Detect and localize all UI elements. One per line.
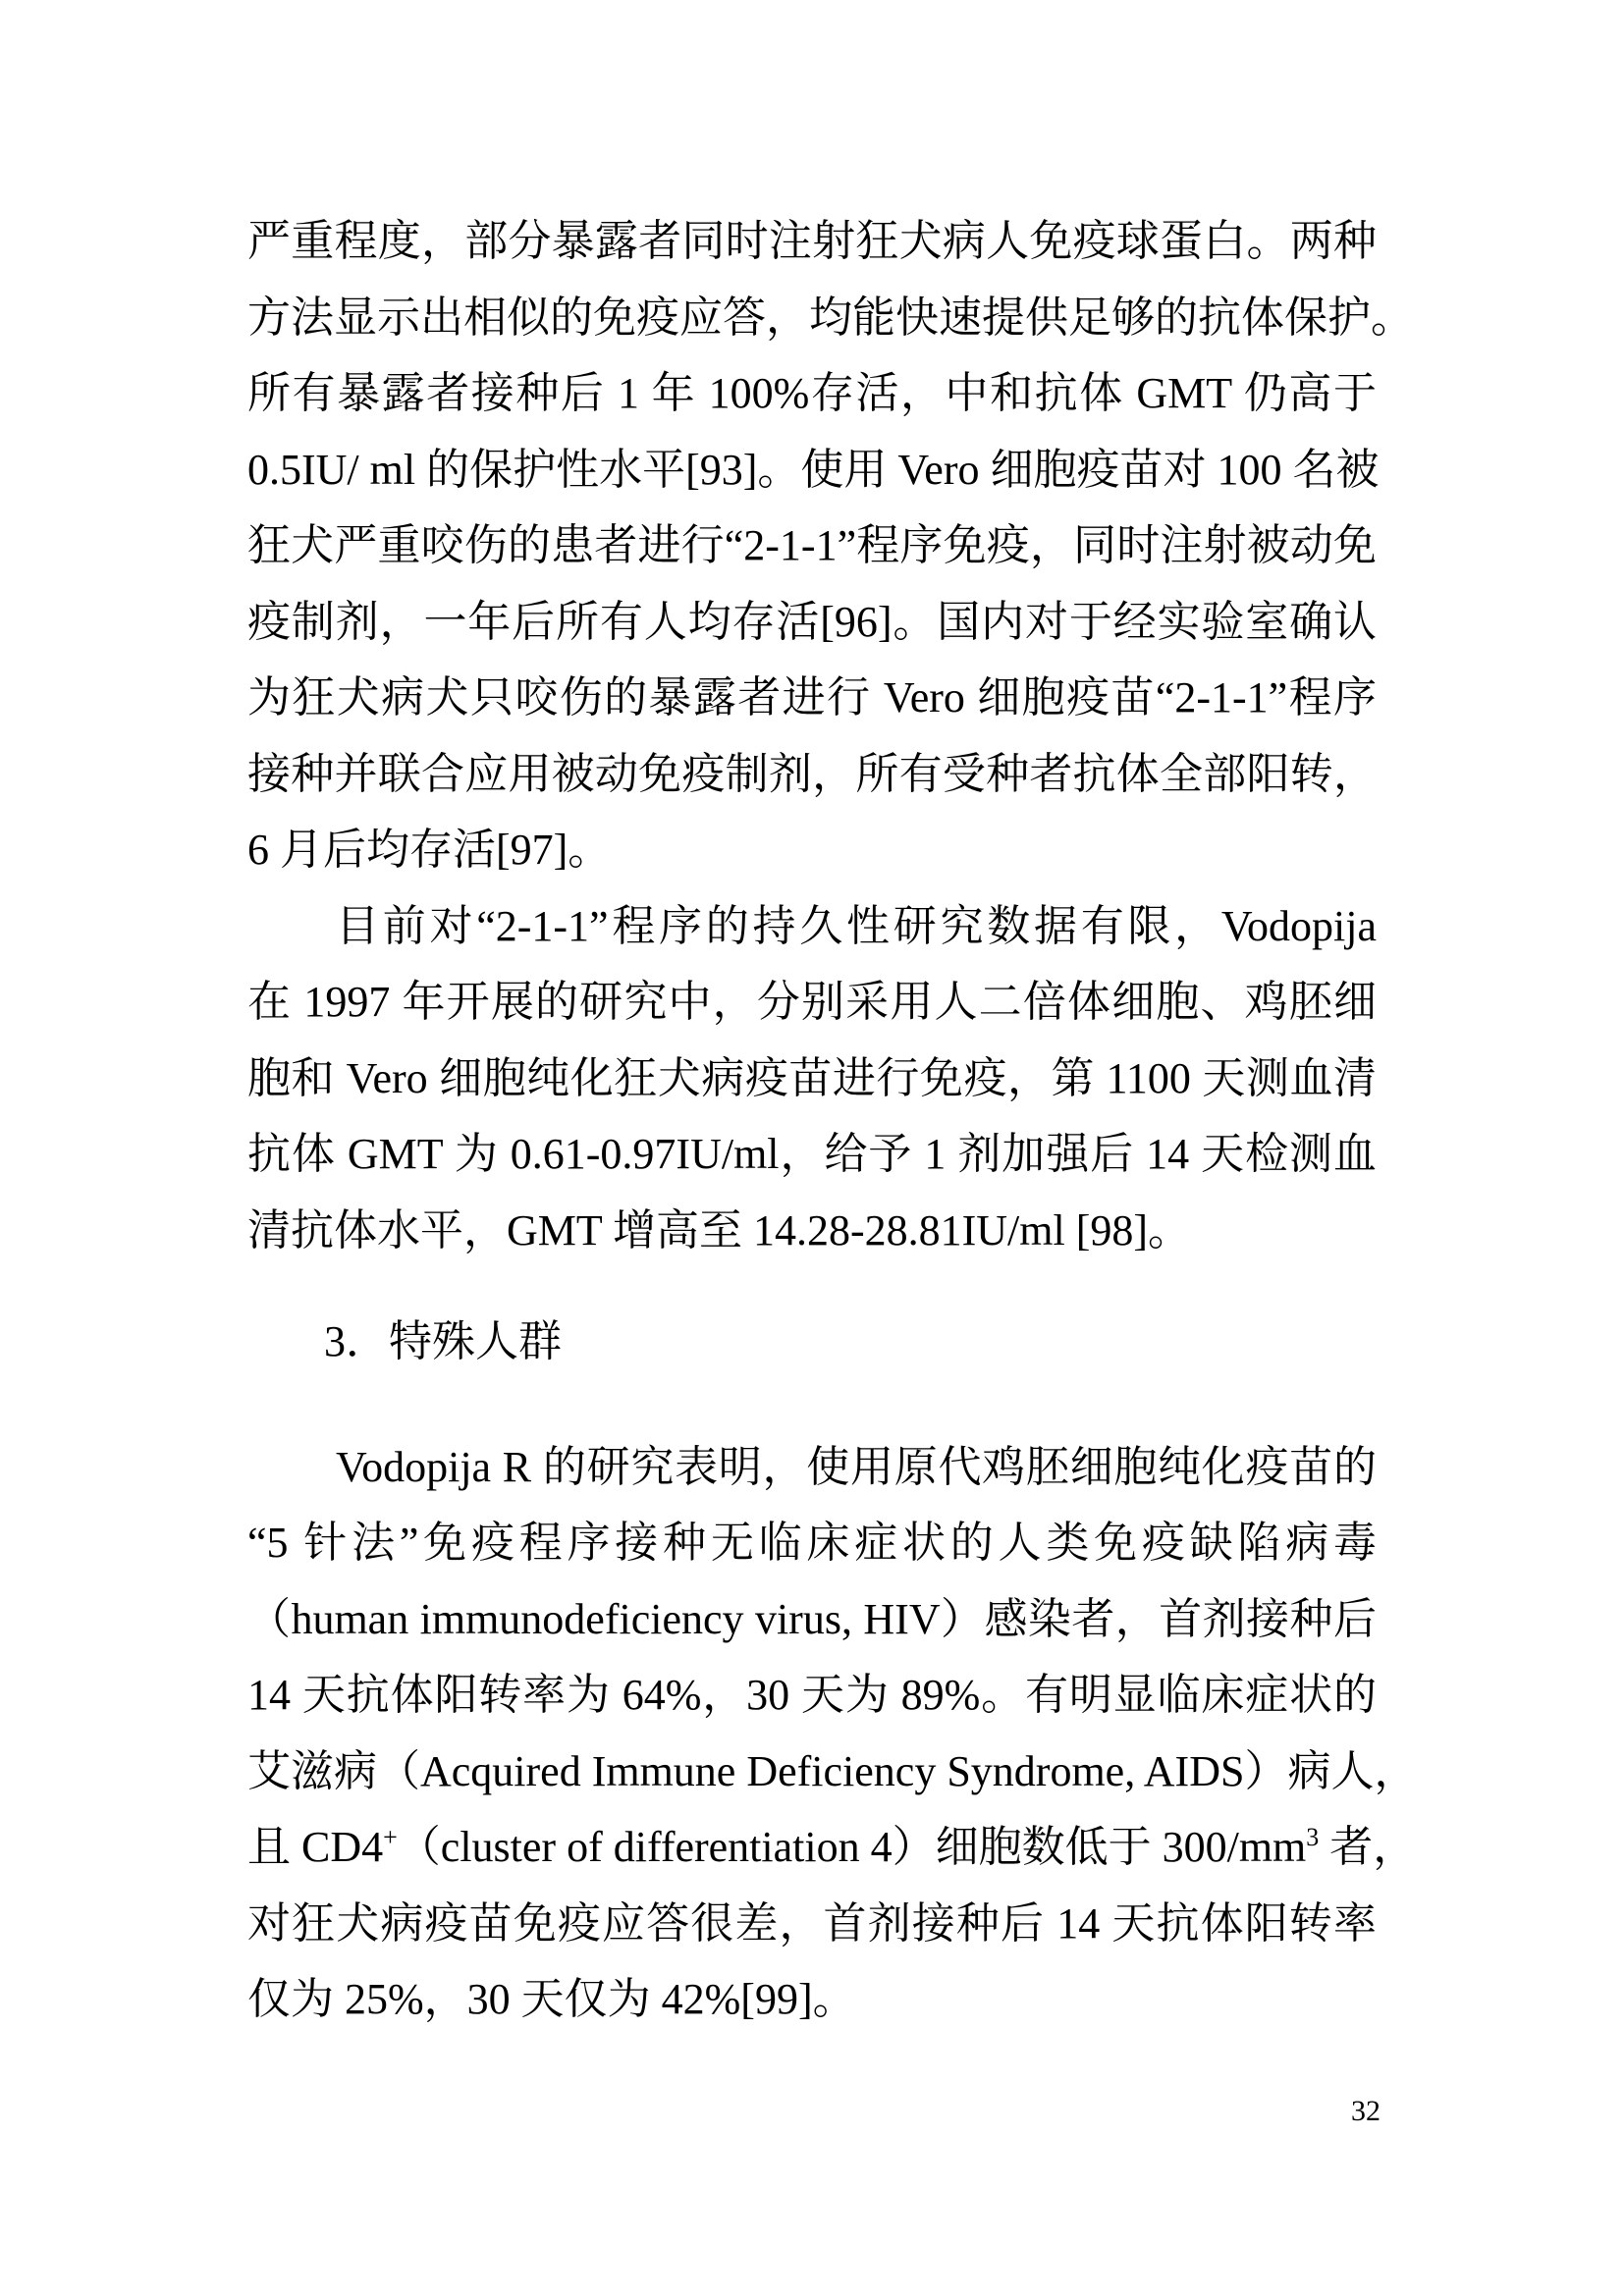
text-segment: （human immunodeficiency virus, HIV）感染者，首… — [247, 1595, 1377, 1643]
section-heading: 3．特殊人群 — [247, 1304, 1377, 1380]
text-segment: “5 针法”免疫程序接种无临床症状的人类免疫缺陷病毒 — [247, 1519, 1377, 1567]
text-segment: Vodopija R 的研究表明，使用原代鸡胚细胞纯化疫苗的 — [336, 1443, 1377, 1491]
text-segment: 接种并联合应用被动免疫制剂，所有受种者抗体全部阳转， — [247, 750, 1377, 798]
text-line: 方法显示出相似的免疫应答，均能快速提供足够的抗体保护。 — [247, 280, 1377, 356]
text-line: Vodopija R 的研究表明，使用原代鸡胚细胞纯化疫苗的 — [247, 1429, 1377, 1506]
text-segment: 胞和 Vero 细胞纯化狂犬病疫苗进行免疫，第 1100 天测血清 — [247, 1054, 1377, 1102]
text-line: 艾滋病（Acquired Immune Deficiency Syndrome,… — [247, 1734, 1377, 1810]
text-segment: 所有暴露者接种后 1 年 100%存活，中和抗体 GMT 仍高于 — [247, 369, 1377, 417]
text-segment: 且 CD4 — [247, 1823, 383, 1871]
text-line: 且 CD4+（cluster of differentiation 4）细胞数低… — [247, 1809, 1377, 1886]
text-segment: 者， — [1319, 1823, 1416, 1871]
text-segment: 仅为 25%，30 天仅为 42%[99]。 — [247, 1975, 856, 2023]
text-segment: 目前对“2-1-1”程序的持久性研究数据有限，Vodopija — [336, 902, 1377, 950]
text-line: 严重程度，部分暴露者同时注射狂犬病人免疫球蛋白。两种 — [247, 203, 1377, 280]
text-segment: 3．特殊人群 — [324, 1317, 562, 1365]
text-line: 接种并联合应用被动免疫制剂，所有受种者抗体全部阳转， — [247, 736, 1377, 813]
text-line: 狂犬严重咬伤的患者进行“2-1-1”程序免疫，同时注射被动免 — [247, 507, 1377, 584]
text-segment: 艾滋病（Acquired Immune Deficiency Syndrome,… — [247, 1747, 1417, 1795]
text-segment: 方法显示出相似的免疫应答，均能快速提供足够的抗体保护。 — [247, 294, 1414, 342]
text-line: 0.5IU/ ml 的保护性水平[93]。使用 Vero 细胞疫苗对 100 名… — [247, 432, 1377, 508]
text-segment: 疫制剂，一年后所有人均存活[96]。国内对于经实验室确认 — [247, 598, 1377, 646]
text-line: 在 1997 年开展的研究中，分别采用人二倍体细胞、鸡胚细 — [247, 964, 1377, 1041]
text-line: 6 月后均存活[97]。 — [247, 812, 1377, 888]
text-segment: 为狂犬病犬只咬伤的暴露者进行 Vero 细胞疫苗“2-1-1”程序 — [247, 673, 1377, 721]
text-line: 抗体 GMT 为 0.61-0.97IU/ml，给予 1 剂加强后 14 天检测… — [247, 1116, 1377, 1193]
text-line: “5 针法”免疫程序接种无临床症状的人类免疫缺陷病毒 — [247, 1505, 1377, 1581]
text-block: 严重程度，部分暴露者同时注射狂犬病人免疫球蛋白。两种方法显示出相似的免疫应答，均… — [247, 203, 1377, 2038]
text-line: 疫制剂，一年后所有人均存活[96]。国内对于经实验室确认 — [247, 584, 1377, 661]
text-segment: 对狂犬病疫苗免疫应答很差，首剂接种后 14 天抗体阳转率 — [247, 1899, 1377, 1948]
text-segment: 0.5IU/ ml 的保护性水平[93]。使用 Vero 细胞疫苗对 100 名… — [247, 446, 1380, 494]
page-number: 32 — [1351, 2095, 1380, 2128]
superscript: + — [383, 1823, 398, 1851]
text-segment: 清抗体水平，GMT 增高至 14.28-28.81IU/ml [98]。 — [247, 1206, 1191, 1255]
text-line: 所有暴露者接种后 1 年 100%存活，中和抗体 GMT 仍高于 — [247, 355, 1377, 432]
text-line: 目前对“2-1-1”程序的持久性研究数据有限，Vodopija — [247, 888, 1377, 965]
text-segment: 在 1997 年开展的研究中，分别采用人二倍体细胞、鸡胚细 — [247, 978, 1377, 1026]
text-segment: 严重程度，部分暴露者同时注射狂犬病人免疫球蛋白。两种 — [247, 217, 1377, 265]
text-segment: 6 月后均存活[97]。 — [247, 826, 611, 874]
superscript: 3 — [1306, 1823, 1319, 1851]
text-segment: （cluster of differentiation 4）细胞数低于 300/… — [398, 1823, 1306, 1871]
text-line: 清抗体水平，GMT 增高至 14.28-28.81IU/ml [98]。 — [247, 1193, 1377, 1269]
text-segment: 狂犬严重咬伤的患者进行“2-1-1”程序免疫，同时注射被动免 — [247, 521, 1377, 569]
text-segment: 14 天抗体阳转率为 64%，30 天为 89%。有明显临床症状的 — [247, 1671, 1377, 1719]
text-line: 胞和 Vero 细胞纯化狂犬病疫苗进行免疫，第 1100 天测血清 — [247, 1041, 1377, 1117]
text-line: 对狂犬病疫苗免疫应答很差，首剂接种后 14 天抗体阳转率 — [247, 1886, 1377, 1962]
text-line: 14 天抗体阳转率为 64%，30 天为 89%。有明显临床症状的 — [247, 1657, 1377, 1734]
text-line: （human immunodeficiency virus, HIV）感染者，首… — [247, 1581, 1377, 1658]
document-page: 严重程度，部分暴露者同时注射狂犬病人免疫球蛋白。两种方法显示出相似的免疫应答，均… — [0, 0, 1624, 2296]
text-line: 为狂犬病犬只咬伤的暴露者进行 Vero 细胞疫苗“2-1-1”程序 — [247, 660, 1377, 736]
text-segment: 抗体 GMT 为 0.61-0.97IU/ml，给予 1 剂加强后 14 天检测… — [247, 1130, 1377, 1178]
text-line: 仅为 25%，30 天仅为 42%[99]。 — [247, 1961, 1377, 2038]
